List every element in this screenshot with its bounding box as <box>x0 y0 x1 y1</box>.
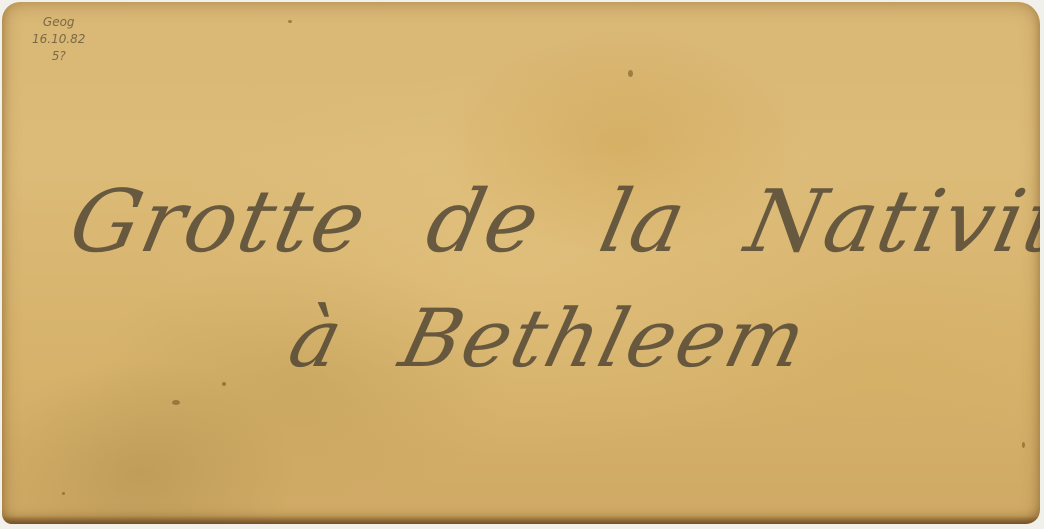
word-de: de <box>418 172 549 272</box>
speck <box>288 20 292 23</box>
speck <box>628 70 633 77</box>
aged-card: Geog 16.10.82 5? Grotte de la Nativity à… <box>2 2 1040 524</box>
speck <box>1022 442 1025 448</box>
speck <box>62 492 65 495</box>
pencil-catalog-note: Geog 16.10.82 5? <box>32 14 85 65</box>
catalog-note-date: 16.10.82 <box>32 31 85 48</box>
inscription-line-2: à Bethleem <box>280 292 850 385</box>
speck <box>172 400 180 405</box>
word-la: la <box>592 172 696 272</box>
catalog-note-line-1: Geog <box>32 14 85 31</box>
word-grotte: Grotte <box>61 172 376 272</box>
word-bethleem: Bethleem <box>392 292 817 385</box>
catalog-note-number: 5? <box>32 48 85 65</box>
speck <box>222 382 226 386</box>
word-nativity: Nativity <box>738 172 1040 272</box>
inscription-line-1: Grotte de la Nativity <box>61 172 1040 272</box>
worn-bottom-edge <box>2 516 1040 524</box>
word-a: à <box>280 292 353 385</box>
